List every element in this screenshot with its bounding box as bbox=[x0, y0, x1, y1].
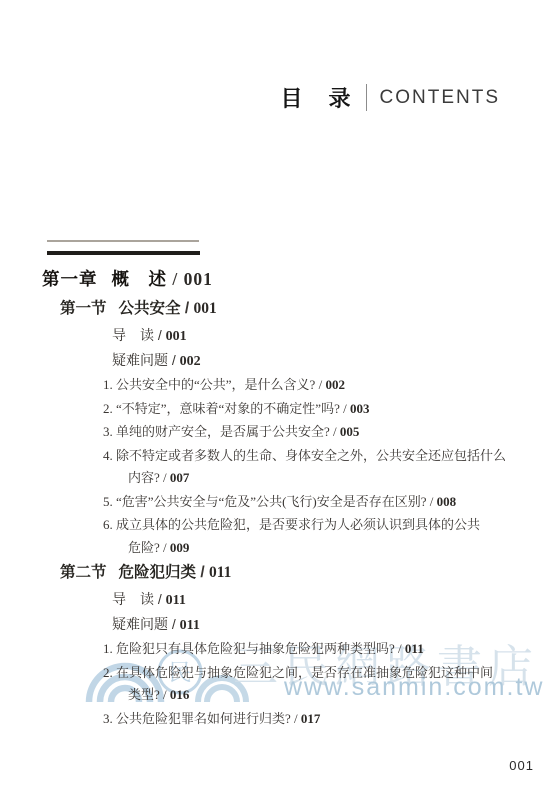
chapter-rule-thick bbox=[47, 251, 200, 255]
item-page: 009 bbox=[170, 540, 190, 555]
sub-text: 导 读 bbox=[112, 327, 154, 343]
toc-sub-row: 导 读 / 011 bbox=[42, 588, 528, 612]
toc-sub-row: 疑难问题 / 002 bbox=[42, 349, 528, 373]
item-text: 3. 公共危险犯罪名如何进行归类? bbox=[103, 711, 291, 726]
item-page: 005 bbox=[340, 424, 360, 439]
item-page: 016 bbox=[170, 687, 190, 702]
item-text: 2. “不特定”，意味着“对象的不确定性”吗? bbox=[103, 401, 340, 416]
section-label: 第二节 bbox=[60, 564, 107, 581]
page-separator: / bbox=[181, 300, 194, 317]
page-separator: / bbox=[160, 687, 170, 702]
toc-list: 第一章概 述 / 001 第一节公共安全 / 001 导 读 / 001 疑难问… bbox=[42, 266, 528, 731]
toc-section-row: 第二节危险犯归类 / 011 bbox=[42, 560, 528, 585]
toc-sub-row: 导 读 / 001 bbox=[42, 324, 528, 348]
sub-text: 疑难问题 bbox=[112, 352, 168, 368]
page-separator: / bbox=[427, 494, 437, 509]
section-title: 危险犯归类 bbox=[119, 564, 197, 581]
page-separator: / bbox=[167, 269, 184, 289]
chapter-label: 第一章 bbox=[42, 269, 98, 289]
item-page: 011 bbox=[405, 641, 424, 656]
page-separator: / bbox=[160, 540, 170, 555]
page-separator: / bbox=[154, 327, 166, 343]
toc-section-row: 第一节公共安全 / 001 bbox=[42, 296, 528, 321]
page-separator: / bbox=[315, 377, 325, 392]
sub-text: 导 读 bbox=[112, 591, 154, 607]
item-text: 5. “危害”公共安全与“危及”公共(飞行)安全是否存在区别? bbox=[103, 494, 427, 509]
scanned-book-page: 目 录 CONTENTS 民 三民網路書店 www.sanmin.com.tw … bbox=[0, 0, 554, 800]
item-text: 3. 单纯的财产安全，是否属于公共安全? bbox=[103, 424, 330, 439]
toc-title-en: CONTENTS bbox=[380, 87, 501, 109]
header-divider bbox=[366, 84, 367, 111]
page-number: 001 bbox=[509, 758, 534, 773]
chapter-page: 001 bbox=[184, 269, 213, 289]
toc-item-row: 1. 公共安全中的“公共”，是什么含义? / 002 bbox=[42, 374, 528, 397]
toc-item-row: 2. 在具体危险犯与抽象危险犯之间，是否存在准抽象危险犯这种中间 类型? / 0… bbox=[42, 662, 528, 707]
page-separator: / bbox=[330, 424, 340, 439]
chapter-rule-thin bbox=[47, 240, 199, 242]
item-page: 003 bbox=[350, 401, 370, 416]
page-separator: / bbox=[291, 711, 301, 726]
page-separator: / bbox=[340, 401, 350, 416]
toc-item-row: 1. 危险犯只有具体危险犯与抽象危险犯两种类型吗? / 011 bbox=[42, 638, 528, 661]
toc-sub-row: 疑难问题 / 011 bbox=[42, 613, 528, 637]
section-page: 011 bbox=[209, 564, 231, 581]
toc-item-row: 3. 公共危险犯罪名如何进行归类? / 017 bbox=[42, 708, 528, 731]
item-page: 017 bbox=[301, 711, 321, 726]
item-page: 007 bbox=[170, 470, 190, 485]
page-separator: / bbox=[160, 470, 170, 485]
page-separator: / bbox=[395, 641, 405, 656]
page-separator: / bbox=[196, 564, 209, 581]
toc-chapter-row: 第一章概 述 / 001 bbox=[42, 266, 528, 292]
toc-item-row: 6. 成立具体的公共危险犯，是否要求行为人必须认识到具体的公共 危险? / 00… bbox=[42, 514, 528, 559]
toc-header: 目 录 CONTENTS bbox=[280, 82, 500, 113]
toc-item-row: 2. “不特定”，意味着“对象的不确定性”吗? / 003 bbox=[42, 398, 528, 421]
sub-page: 011 bbox=[180, 618, 200, 633]
section-page: 001 bbox=[193, 300, 216, 317]
sub-text: 疑难问题 bbox=[112, 616, 168, 632]
page-separator: / bbox=[168, 352, 180, 368]
sub-page: 001 bbox=[166, 329, 187, 344]
item-text: 1. 危险犯只有具体危险犯与抽象危险犯两种类型吗? bbox=[103, 641, 395, 656]
section-label: 第一节 bbox=[60, 300, 107, 317]
toc-item-row: 3. 单纯的财产安全，是否属于公共安全? / 005 bbox=[42, 421, 528, 444]
item-page: 008 bbox=[437, 494, 457, 509]
sub-page: 002 bbox=[180, 354, 201, 369]
item-text: 1. 公共安全中的“公共”，是什么含义? bbox=[103, 377, 315, 392]
sub-page: 011 bbox=[166, 593, 186, 608]
page-separator: / bbox=[154, 591, 166, 607]
toc-title-zh: 目 录 bbox=[280, 82, 352, 113]
section-title: 公共安全 bbox=[119, 300, 181, 317]
item-page: 002 bbox=[325, 377, 345, 392]
toc-item-row: 5. “危害”公共安全与“危及”公共(飞行)安全是否存在区别? / 008 bbox=[42, 491, 528, 514]
page-separator: / bbox=[168, 616, 180, 632]
chapter-title: 概 述 bbox=[112, 269, 168, 289]
toc-item-row: 4. 除不特定或者多数人的生命、身体安全之外，公共安全还应包括什么 内容? / … bbox=[42, 445, 528, 490]
